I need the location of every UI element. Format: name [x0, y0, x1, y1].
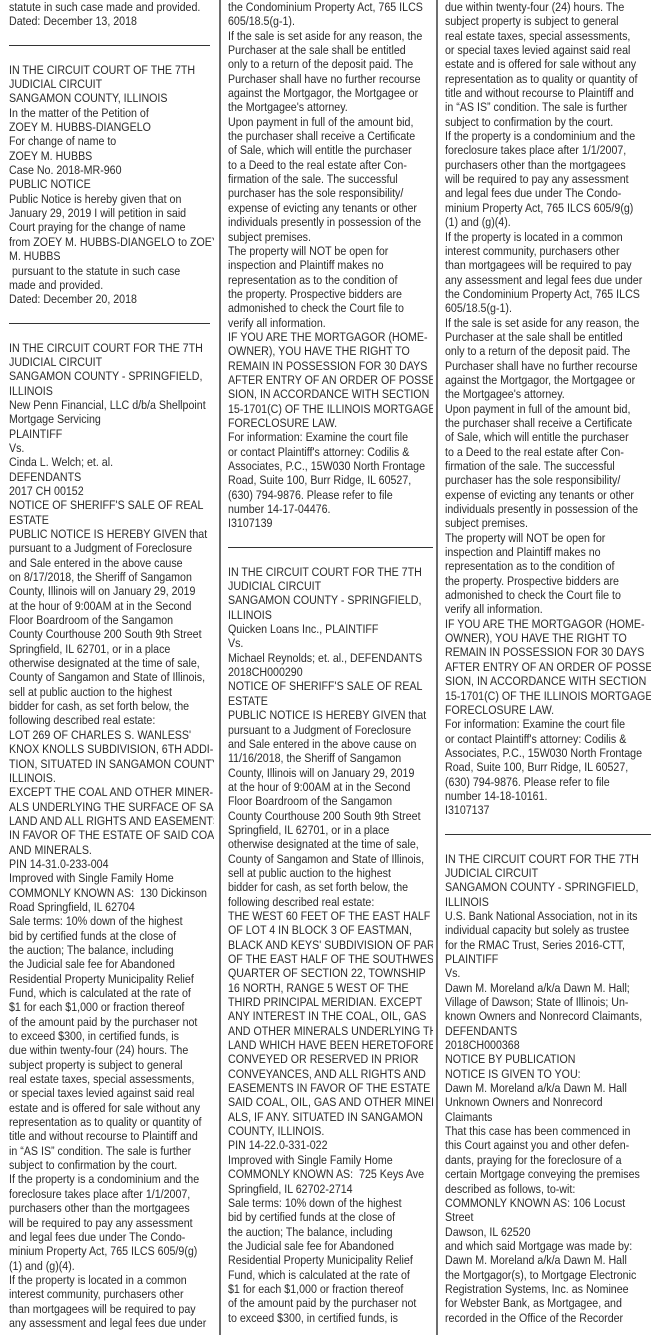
notice-text-line: COMMONLY KNOWN AS: 106 Locust: [445, 1196, 651, 1210]
notice-text-line: LAND AND ALL RIGHTS AND EASEMENTS: [9, 814, 214, 828]
notice-text-line: Vs.: [9, 441, 214, 455]
notice-text-line: the Mortgagee's attorney.: [228, 100, 433, 114]
notice-text-line: the auction; The balance, including: [9, 943, 214, 957]
notice-text-line: 15-1701(C) OF THE ILLINOIS MORTGAGE: [445, 689, 651, 703]
horizontal-rule: [228, 547, 433, 549]
notice-text-line: or contact Plaintiff's attorney: Codilis…: [228, 445, 433, 459]
notice-text-line: QUARTER OF SECTION 22, TOWNSHIP: [228, 966, 433, 980]
notice-text-line: minium Property Act, 765 ILCS 605/9(g): [9, 1244, 214, 1258]
notice-text-line: 15-1701(C) OF THE ILLINOIS MORTGAGE: [228, 402, 433, 416]
notice-text-line: PIN 14-22.0-331-022: [228, 1138, 433, 1152]
notice-text-line: If the sale is set aside for any reason,…: [445, 316, 651, 330]
notice-text-line: Street: [445, 1210, 651, 1224]
notice-text-line: Public Notice is hereby given that on: [9, 192, 214, 206]
legal-notice: IN THE CIRCUIT COURT FOR THE 7THJUDICIAL…: [445, 852, 651, 1325]
legal-notice: IN THE CIRCUIT COURT FOR THE 7THJUDICIAL…: [9, 341, 214, 1331]
notice-text-line: interest community, purchasers other: [9, 1287, 214, 1301]
notice-text-line: Sale terms: 10% down of the highest: [228, 1196, 433, 1210]
notice-text-line: than mortgagees will be required to pay: [445, 258, 651, 272]
notice-text-line: DEFENDANTS: [9, 470, 214, 484]
notice-text-line: in “AS IS” condition. The sale is furthe…: [445, 100, 651, 114]
notice-text-line: bid by certified funds at the close of: [9, 929, 214, 943]
notice-text-line: OWNER), YOU HAVE THE RIGHT TO: [445, 631, 651, 645]
notice-text-line: CONVEYANCES, AND ALL RIGHTS AND: [228, 1067, 433, 1081]
notice-text-line: If the property is a condominium and the: [445, 129, 651, 143]
notice-text-line: made and provided.: [9, 278, 214, 292]
horizontal-rule: [9, 323, 210, 325]
notice-text-line: County, Illinois will on January 29, 201…: [9, 584, 214, 598]
notice-text-line: NOTICE BY PUBLICATION: [445, 1052, 651, 1066]
notice-text-line: verify all information.: [445, 602, 651, 616]
notice-text-line: following described real estate:: [228, 895, 433, 909]
notice-text-line: due within twenty-four (24) hours. The: [445, 0, 651, 14]
notice-text-line: foreclosure takes place after 1/1/2007,: [9, 1187, 214, 1201]
notice-text-line: AFTER ENTRY OF AN ORDER OF POSSES-: [445, 660, 651, 674]
notice-text-line: Dawn M. Moreland a/k/a Dawn M. Hall;: [445, 981, 651, 995]
notice-text-line: PUBLIC NOTICE IS HEREBY GIVEN that: [228, 708, 433, 722]
notice-text-line: pursuant to a Judgment of Foreclosure: [228, 723, 433, 737]
legal-notice: due within twenty-four (24) hours. Thesu…: [445, 0, 651, 818]
notice-text-line: Dawn M. Moreland a/k/a Dawn M. Hall: [445, 1253, 651, 1267]
notice-text-line: purchaser has the sole responsibility/: [228, 186, 433, 200]
notice-text-line: THIRD PRINCIPAL MERIDIAN. EXCEPT: [228, 995, 433, 1009]
notice-text-line: the Judicial sale fee for Abandoned: [228, 1239, 433, 1253]
notice-text-line: Unknown Owners and Nonrecord: [445, 1095, 651, 1109]
notice-text-line: ESTATE: [228, 694, 433, 708]
notice-text-line: pursuant to the statute in such case: [9, 264, 214, 278]
notice-text-line: For change of name to: [9, 134, 214, 148]
notice-text-line: 16 NORTH, RANGE 5 WEST OF THE: [228, 981, 433, 995]
notice-text-line: the Mortgagee's attorney.: [445, 387, 651, 401]
notice-text-line: the Condominium Property Act, 765 ILCS: [445, 287, 651, 301]
notice-separator: [445, 818, 651, 852]
notice-text-line: IN THE CIRCUIT COURT FOR THE 7TH: [445, 852, 651, 866]
column-1: statute in such case made and provided.D…: [9, 0, 214, 1335]
legal-notice: the Condominium Property Act, 765 ILCS60…: [228, 0, 433, 531]
notice-text-line: interest community, purchasers other: [445, 244, 651, 258]
notice-text-line: Dated: December 13, 2018: [9, 14, 214, 28]
notice-text-line: (1) and (g)(4).: [9, 1259, 214, 1273]
notice-text-line: verify all information.: [228, 316, 433, 330]
notice-text-line: of the amount paid by the purchaser not: [9, 1015, 214, 1029]
notice-text-line: Springfield, IL 62702-2714: [228, 1182, 433, 1196]
notice-text-line: EASEMENTS IN FAVOR OF THE ESTATE OF: [228, 1081, 433, 1095]
notice-text-line: (1) and (g)(4).: [445, 215, 651, 229]
notice-text-line: County of Sangamon and State of Illinois…: [228, 852, 433, 866]
notice-text-line: any assessment and legal fees due under: [9, 1316, 214, 1330]
notice-text-line: or special taxes levied against said rea…: [9, 1086, 214, 1100]
notice-text-line: of the amount paid by the purchaser not: [228, 1296, 433, 1310]
notice-text-line: Vs.: [228, 636, 433, 650]
notice-text-line: representation as to the condition of: [445, 559, 651, 573]
notice-text-line: to exceed $300, in certified funds, is: [9, 1029, 214, 1043]
notice-text-line: admonished to check the Court file to: [228, 301, 433, 315]
notice-text-line: Floor Boardroom of the Sangamon: [228, 794, 433, 808]
notice-text-line: against the Mortgagor, the Mortgagee or: [445, 373, 651, 387]
notice-text-line: for the RMAC Trust, Series 2016-CTT,: [445, 938, 651, 952]
notice-text-line: NOTICE OF SHERIFF'S SALE OF REAL: [228, 679, 433, 693]
notice-text-line: JUDICIAL CIRCUIT: [9, 77, 214, 91]
notice-text-line: If the property is located in a common: [9, 1273, 214, 1287]
notice-text-line: SANGAMON COUNTY, ILLINOIS: [9, 91, 214, 105]
notice-text-line: NOTICE IS GIVEN TO YOU:: [445, 1067, 651, 1081]
notice-text-line: Purchaser at the sale shall be entitled: [445, 330, 651, 344]
notice-text-line: Sale terms: 10% down of the highest: [9, 914, 214, 928]
notice-text-line: Purchaser shall have no further recourse: [228, 72, 433, 86]
notice-text-line: will be required to pay any assessment: [445, 172, 651, 186]
notice-text-line: 2018CH000368: [445, 1038, 651, 1052]
notice-text-line: PUBLIC NOTICE: [9, 177, 214, 191]
notice-text-line: Improved with Single Family Home: [228, 1153, 433, 1167]
notice-separator: [9, 307, 214, 341]
notice-text-line: 2017 CH 00152: [9, 484, 214, 498]
notice-text-line: ANY INTEREST IN THE COAL, OIL, GAS: [228, 1009, 433, 1023]
notice-text-line: the Mortgagor(s), to Mortgage Electronic: [445, 1268, 651, 1282]
notice-text-line: Dated: December 20, 2018: [9, 292, 214, 306]
notice-text-line: LAND WHICH HAVE BEEN HERETOFORE: [228, 1038, 433, 1052]
notice-text-line: individuals presently in possession of t…: [445, 502, 651, 516]
notice-text-line: or contact Plaintiff's attorney: Codilis…: [445, 732, 651, 746]
notice-text-line: Springfield, IL 62701, or in a place: [228, 823, 433, 837]
notice-text-line: Vs.: [445, 966, 651, 980]
notice-text-line: ILLINOIS: [228, 608, 433, 622]
notice-text-line: subject to confirmation by the court.: [445, 115, 651, 129]
notice-text-line: foreclosure takes place after 1/1/2007,: [445, 143, 651, 157]
column-divider: [436, 0, 438, 1335]
notice-text-line: PIN 14-31.0-233-004: [9, 857, 214, 871]
notice-text-line: PLAINTIFF: [9, 427, 214, 441]
notice-text-line: Fund, which is calculated at the rate of: [228, 1268, 433, 1282]
notice-text-line: Upon payment in full of the amount bid,: [228, 115, 433, 129]
notice-text-line: to exceed $300, in certified funds, is: [228, 1311, 433, 1325]
notice-text-line: individuals presently in possession of t…: [228, 215, 433, 229]
notice-text-line: ZOEY M. HUBBS: [9, 149, 214, 163]
notice-text-line: The property will NOT be open for: [228, 244, 433, 258]
notice-text-line: Fund, which is calculated at the rate of: [9, 986, 214, 1000]
notice-text-line: known Owners and Nonrecord Claimants,: [445, 1009, 651, 1023]
notice-text-line: subject property is subject to general: [445, 14, 651, 28]
notice-text-line: OF THE EAST HALF OF THE SOUTHWEST: [228, 952, 433, 966]
notice-text-line: of Sale, which will entitle the purchase…: [445, 430, 651, 444]
notice-text-line: If the property is a condominium and the: [9, 1172, 214, 1186]
notice-text-line: JUDICIAL CIRCUIT: [228, 579, 433, 593]
notice-text-line: New Penn Financial, LLC d/b/a Shellpoint: [9, 398, 214, 412]
notice-text-line: dants, praying for the foreclosure of a: [445, 1153, 651, 1167]
notice-text-line: following described real estate:: [9, 713, 214, 727]
notice-text-line: firmation of the sale. The successful: [445, 459, 651, 473]
notice-text-line: County, Illinois will on January 29, 201…: [228, 766, 433, 780]
notice-text-line: the purchaser shall receive a Certificat…: [228, 129, 433, 143]
notice-text-line: estate and is offered for sale without a…: [9, 1101, 214, 1115]
notice-text-line: minium Property Act, 765 ILCS 605/9(g): [445, 201, 651, 215]
notice-text-line: DEFENDANTS: [445, 1024, 651, 1038]
notice-text-line: Dawson, IL 62520: [445, 1225, 651, 1239]
notice-text-line: only to a return of the deposit paid. Th…: [228, 57, 433, 71]
notice-text-line: expense of evicting any tenants or other: [445, 488, 651, 502]
notice-text-line: SAID COAL, OIL, GAS AND OTHER MINER-: [228, 1095, 433, 1109]
notice-text-line: to a Deed to the real estate after Con-: [445, 445, 651, 459]
notice-text-line: subject premises.: [228, 230, 433, 244]
notice-text-line: number 14-18-10161.: [445, 789, 651, 803]
notice-text-line: TION, SITUATED IN SANGAMON COUNTY,: [9, 757, 214, 771]
notice-text-line: bidder for cash, as set forth below, the: [9, 699, 214, 713]
notice-text-line: County of Sangamon and State of Illinois…: [9, 670, 214, 684]
notice-text-line: firmation of the sale. The successful: [228, 172, 433, 186]
notice-text-line: If the sale is set aside for any reason,…: [228, 29, 433, 43]
notice-text-line: estate and is offered for sale without a…: [445, 57, 651, 71]
legal-notice: statute in such case made and provided.D…: [9, 0, 214, 29]
notice-text-line: Registration Systems, Inc. as Nominee: [445, 1282, 651, 1296]
notice-text-line: and which said Mortgage was made by:: [445, 1239, 651, 1253]
notice-text-line: against the Mortgagor, the Mortgagee or: [228, 86, 433, 100]
notice-text-line: at the hour of 9:00AM at in the Second: [228, 780, 433, 794]
notice-text-line: Mortgage Servicing: [9, 412, 214, 426]
notice-text-line: Residential Property Municipality Relief: [9, 972, 214, 986]
notice-text-line: recorded in the Office of the Recorder: [445, 1311, 651, 1325]
notice-text-line: in “AS IS” condition. The sale is furthe…: [9, 1144, 214, 1158]
notice-text-line: COUNTY, ILLINOIS.: [228, 1124, 433, 1138]
notice-text-line: Michael Reynolds; et. al., DEFENDANTS: [228, 651, 433, 665]
notice-text-line: SION, IN ACCORDANCE WITH SECTION: [228, 387, 433, 401]
notice-text-line: the property. Prospective bidders are: [445, 574, 651, 588]
notice-text-line: the Condominium Property Act, 765 ILCS: [228, 0, 433, 14]
notice-text-line: COMMONLY KNOWN AS: 130 Dickinson: [9, 886, 214, 900]
notice-text-line: Upon payment in full of the amount bid,: [445, 402, 651, 416]
notice-text-line: ALS UNDERLYING THE SURFACE OF SAID: [9, 800, 214, 814]
notice-text-line: $1 for each $1,000 or fraction thereof: [228, 1282, 433, 1296]
notice-text-line: real estate taxes, special assessments,: [9, 1072, 214, 1086]
notice-text-line: SION, IN ACCORDANCE WITH SECTION: [445, 674, 651, 688]
notice-text-line: January 29, 2019 I will petition in said: [9, 206, 214, 220]
notice-text-line: subject to confirmation by the court.: [9, 1158, 214, 1172]
notice-text-line: OWNER), YOU HAVE THE RIGHT TO: [228, 344, 433, 358]
notice-text-line: Court praying for the change of name: [9, 220, 214, 234]
notice-separator: [9, 29, 214, 63]
notice-text-line: PLAINTIFF: [445, 952, 651, 966]
notice-text-line: the property. Prospective bidders are: [228, 287, 433, 301]
notice-text-line: representation as to the condition of: [228, 273, 433, 287]
notice-text-line: Cinda L. Welch; et. al.: [9, 455, 214, 469]
horizontal-rule: [9, 45, 210, 47]
notice-text-line: SANGAMON COUNTY - SPRINGFIELD,: [9, 369, 214, 383]
notice-text-line: and legal fees due under The Condo-: [445, 186, 651, 200]
notice-text-line: Residential Property Municipality Relief: [228, 1253, 433, 1267]
notice-text-line: AND OTHER MINERALS UNDERLYING THE: [228, 1024, 433, 1038]
notice-text-line: admonished to check the Court file to: [445, 588, 651, 602]
notice-text-line: IN THE CIRCUIT COURT FOR THE 7TH: [9, 341, 214, 355]
notice-text-line: SANGAMON COUNTY - SPRINGFIELD,: [445, 880, 651, 894]
notice-text-line: certain Mortgage conveying the premises: [445, 1167, 651, 1181]
notice-text-line: real estate taxes, special assessments,: [445, 29, 651, 43]
notice-text-line: purchaser has the sole responsibility/: [445, 473, 651, 487]
notice-text-line: from ZOEY M. HUBBS-DIANGELO to ZOEY: [9, 235, 214, 249]
notice-text-line: representation as to quality or quantity…: [445, 72, 651, 86]
notice-text-line: IN THE CIRCUIT COURT FOR THE 7TH: [228, 565, 433, 579]
notice-text-line: representation as to quality or quantity…: [9, 1115, 214, 1129]
notice-text-line: statute in such case made and provided.: [9, 0, 214, 14]
notice-text-line: (630) 794-9876. Please refer to file: [228, 488, 433, 502]
notice-text-line: CONVEYED OR RESERVED IN PRIOR: [228, 1052, 433, 1066]
notice-text-line: IF YOU ARE THE MORTGAGOR (HOME-: [445, 617, 651, 631]
legal-notice: IN THE CIRCUIT COURT FOR THE 7THJUDICIAL…: [228, 565, 433, 1325]
notice-text-line: Dawn M. Moreland a/k/a Dawn M. Hall: [445, 1081, 651, 1095]
notice-text-line: expense of evicting any tenants or other: [228, 201, 433, 215]
notice-text-line: ILLINOIS: [445, 895, 651, 909]
notice-text-line: JUDICIAL CIRCUIT: [9, 355, 214, 369]
notice-text-line: County Courthouse 200 South 9th Street: [228, 809, 433, 823]
notice-text-line: AFTER ENTRY OF AN ORDER OF POSSES-: [228, 373, 433, 387]
notice-text-line: REMAIN IN POSSESSION FOR 30 DAYS: [228, 359, 433, 373]
notice-text-line: ILLINOIS: [9, 384, 214, 398]
notice-text-line: Village of Dawson; State of Illinois; Un…: [445, 995, 651, 1009]
notice-text-line: Purchaser shall have no further recourse: [445, 359, 651, 373]
notice-text-line: That this case has been commenced in: [445, 1124, 651, 1138]
column-divider: [219, 0, 221, 1335]
notice-text-line: U.S. Bank National Association, not in i…: [445, 909, 651, 923]
notice-text-line: 605/18.5(g-1).: [228, 14, 433, 28]
notice-text-line: County Courthouse 200 South 9th Street: [9, 627, 214, 641]
notice-text-line: the auction; The balance, including: [228, 1225, 433, 1239]
notice-text-line: subject premises.: [445, 516, 651, 530]
notice-text-line: pursuant to a Judgment of Foreclosure: [9, 541, 214, 555]
notice-text-line: Case No. 2018-MR-960: [9, 163, 214, 177]
notice-text-line: ALS, IF ANY. SITUATED IN SANGAMON: [228, 1110, 433, 1124]
notice-text-line: due within twenty-four (24) hours. The: [9, 1043, 214, 1057]
notice-text-line: OF LOT 4 IN BLOCK 3 OF EASTMAN,: [228, 923, 433, 937]
notice-text-line: will be required to pay any assessment: [9, 1216, 214, 1230]
notice-text-line: to a Deed to the real estate after Con-: [228, 158, 433, 172]
notice-text-line: or special taxes levied against said rea…: [445, 43, 651, 57]
notice-text-line: Quicken Loans Inc., PLAINTIFF: [228, 622, 433, 636]
notice-text-line: LOT 269 OF CHARLES S. WANLESS': [9, 728, 214, 742]
notice-text-line: In the matter of the Petition of: [9, 106, 214, 120]
notice-text-line: title and without recourse to Plaintiff …: [9, 1129, 214, 1143]
notice-text-line: EXCEPT THE COAL AND OTHER MINER-: [9, 785, 214, 799]
notice-text-line: If the property is located in a common: [445, 230, 651, 244]
notice-text-line: M. HUBBS: [9, 249, 214, 263]
notice-text-line: ZOEY M. HUBBS-DIANGELO: [9, 120, 214, 134]
notice-text-line: JUDICIAL CIRCUIT: [445, 866, 651, 880]
notice-text-line: inspection and Plaintiff makes no: [445, 545, 651, 559]
notice-text-line: NOTICE OF SHERIFF'S SALE OF REAL: [9, 498, 214, 512]
notice-text-line: number 14-17-04476.: [228, 502, 433, 516]
notice-text-line: FORECLOSURE LAW.: [228, 416, 433, 430]
notice-text-line: IN FAVOR OF THE ESTATE OF SAID COAL: [9, 828, 214, 842]
notice-text-line: for Webster Bank, as Mortgagee, and: [445, 1296, 651, 1310]
notice-text-line: Road, Suite 100, Burr Ridge, IL 60527,: [228, 473, 433, 487]
notice-text-line: The property will NOT be open for: [445, 531, 651, 545]
notice-text-line: bidder for cash, as set forth below, the: [228, 880, 433, 894]
notice-text-line: Associates, P.C., 15W030 North Frontage: [445, 746, 651, 760]
notice-text-line: sell at public auction to the highest: [228, 866, 433, 880]
notice-text-line: 2018CH000290: [228, 665, 433, 679]
notice-text-line: $1 for each $1,000 or fraction thereof: [9, 1000, 214, 1014]
notice-text-line: sell at public auction to the highest: [9, 685, 214, 699]
notice-text-line: ESTATE: [9, 513, 214, 527]
notice-text-line: 605/18.5(g-1).: [445, 301, 651, 315]
notice-text-line: on 8/17/2018, the Sheriff of Sangamon: [9, 570, 214, 584]
notice-text-line: For information: Examine the court file: [228, 430, 433, 444]
notice-separator: [228, 531, 433, 565]
notice-text-line: this Court against you and other defen-: [445, 1138, 651, 1152]
notice-text-line: IF YOU ARE THE MORTGAGOR (HOME-: [228, 330, 433, 344]
notice-text-line: the purchaser shall receive a Certificat…: [445, 416, 651, 430]
notice-text-line: Floor Boardroom of the Sangamon: [9, 613, 214, 627]
notice-text-line: otherwise designated at the time of sale…: [9, 656, 214, 670]
notice-text-line: inspection and Plaintiff makes no: [228, 258, 433, 272]
notice-text-line: purchasers other than the mortgagees: [9, 1201, 214, 1215]
notice-text-line: otherwise designated at the time of sale…: [228, 837, 433, 851]
notice-text-line: AND MINERALS.: [9, 843, 214, 857]
notice-text-line: and Sale entered in the above cause: [9, 556, 214, 570]
notice-text-line: SANGAMON COUNTY - SPRINGFIELD,: [228, 593, 433, 607]
notice-text-line: of Sale, which will entitle the purchase…: [228, 143, 433, 157]
notice-text-line: (630) 794-9876. Please refer to file: [445, 775, 651, 789]
notice-text-line: Road Springfield, IL 62704: [9, 900, 214, 914]
notice-text-line: and Sale entered in the above cause on: [228, 737, 433, 751]
notice-text-line: and legal fees due under The Condo-: [9, 1230, 214, 1244]
notice-text-line: than mortgagees will be required to pay: [9, 1302, 214, 1316]
notice-text-line: KNOX KNOLLS SUBDIVISION, 6TH ADDI-: [9, 742, 214, 756]
notice-text-line: Improved with Single Family Home: [9, 871, 214, 885]
column-2: the Condominium Property Act, 765 ILCS60…: [228, 0, 433, 1335]
notice-text-line: subject property is subject to general: [9, 1058, 214, 1072]
notice-text-line: BLACK AND KEYS' SUBDIVISION OF PART: [228, 938, 433, 952]
horizontal-rule: [445, 834, 651, 836]
notice-text-line: at the hour of 9:00AM at in the Second: [9, 599, 214, 613]
notice-text-line: only to a return of the deposit paid. Th…: [445, 344, 651, 358]
notice-text-line: Claimants: [445, 1110, 651, 1124]
column-3: due within twenty-four (24) hours. Thesu…: [445, 0, 651, 1335]
notice-text-line: THE WEST 60 FEET OF THE EAST HALF: [228, 909, 433, 923]
notice-text-line: ILLINOIS.: [9, 771, 214, 785]
notice-text-line: For information: Examine the court file: [445, 717, 651, 731]
notice-text-line: bid by certified funds at the close of: [228, 1210, 433, 1224]
notice-text-line: PUBLIC NOTICE IS HEREBY GIVEN that: [9, 527, 214, 541]
notice-text-line: title and without recourse to Plaintiff …: [445, 86, 651, 100]
notice-text-line: individual capacity but solely as truste…: [445, 923, 651, 937]
notice-text-line: REMAIN IN POSSESSION FOR 30 DAYS: [445, 645, 651, 659]
notice-text-line: Springfield, IL 62701, or in a place: [9, 642, 214, 656]
legal-notice: IN THE CIRCUIT COURT OF THE 7THJUDICIAL …: [9, 63, 214, 307]
notice-text-line: any assessment and legal fees due under: [445, 273, 651, 287]
legal-notices-page: statute in such case made and provided.D…: [0, 0, 655, 1335]
notice-text-line: Purchaser at the sale shall be entitled: [228, 43, 433, 57]
notice-text-line: the Judicial sale fee for Abandoned: [9, 957, 214, 971]
notice-text-line: I3107137: [445, 803, 651, 817]
notice-text-line: IN THE CIRCUIT COURT OF THE 7TH: [9, 63, 214, 77]
notice-text-line: COMMONLY KNOWN AS: 725 Keys Ave: [228, 1167, 433, 1181]
notice-text-line: purchasers other than the mortgagees: [445, 158, 651, 172]
notice-text-line: I3107139: [228, 516, 433, 530]
notice-text-line: FORECLOSURE LAW.: [445, 703, 651, 717]
notice-text-line: Associates, P.C., 15W030 North Frontage: [228, 459, 433, 473]
notice-text-line: Road, Suite 100, Burr Ridge, IL 60527,: [445, 760, 651, 774]
notice-text-line: 11/16/2018, the Sheriff of Sangamon: [228, 751, 433, 765]
notice-text-line: described as follows, to-wit:: [445, 1182, 651, 1196]
